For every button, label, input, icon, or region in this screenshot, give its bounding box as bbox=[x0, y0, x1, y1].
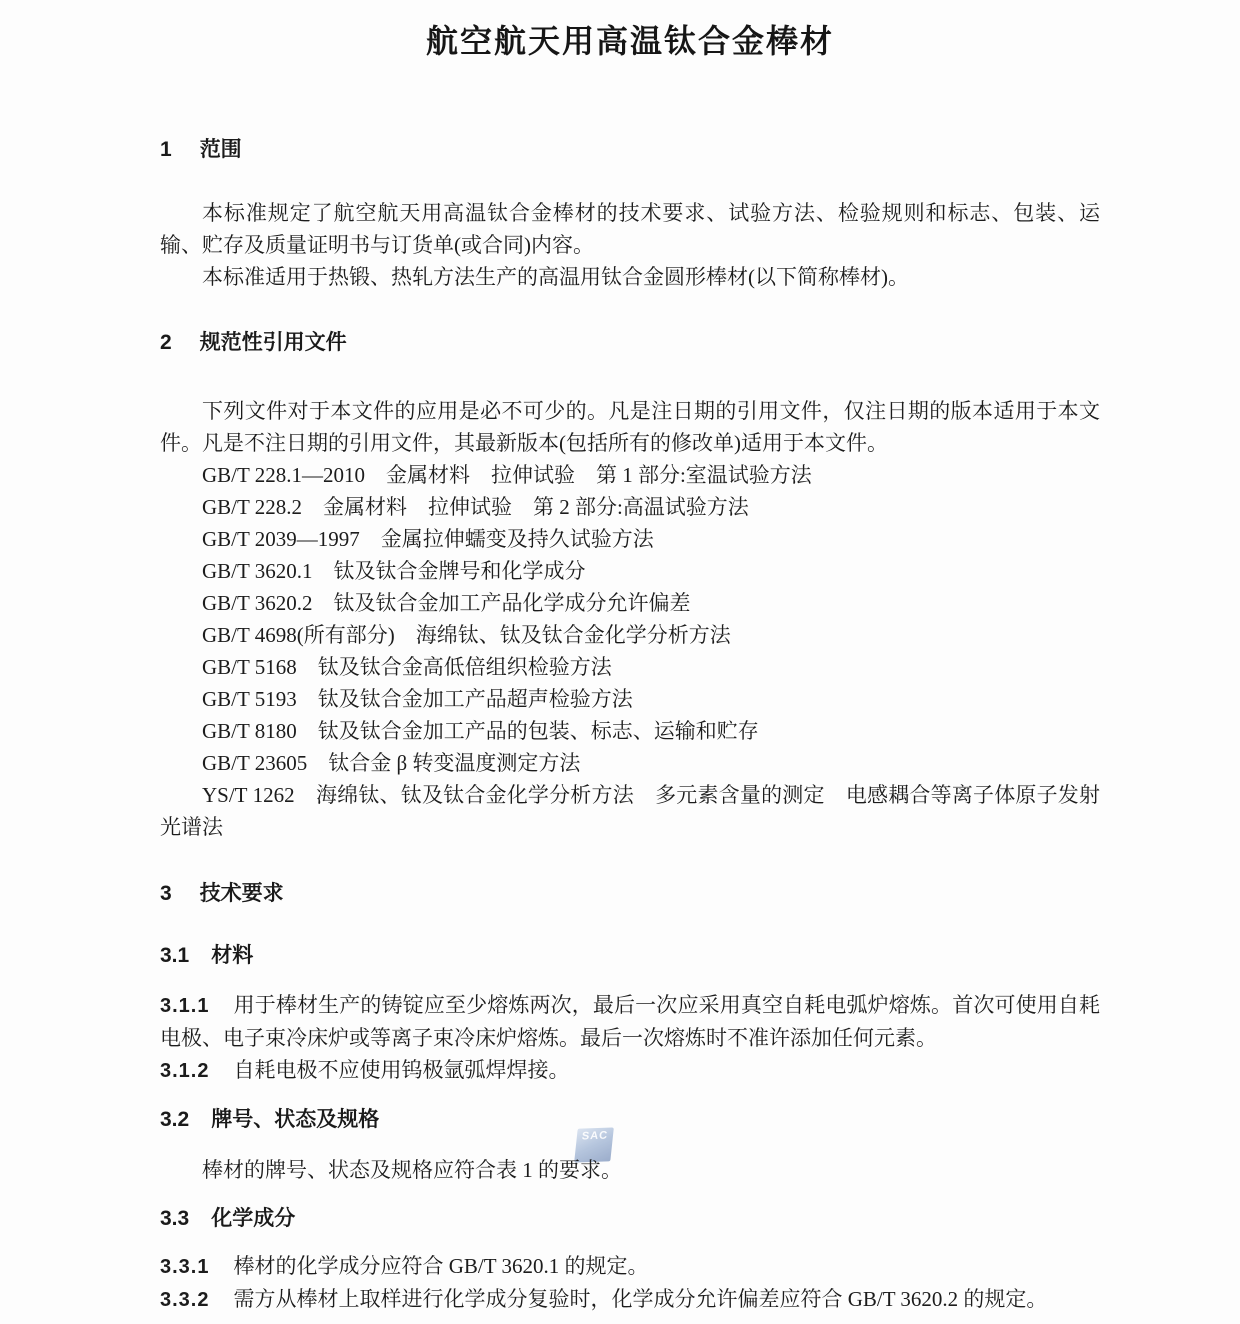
section-3-3-heading: 3.3化学成分 bbox=[160, 1204, 1100, 1234]
section-3-2-number: 3.2 bbox=[160, 1108, 189, 1131]
clause-3-1-2-text: 自耗电极不应使用钨极氩弧焊焊接。 bbox=[233, 1058, 569, 1082]
grade-spec-paragraph: 棒材的牌号、状态及规格应符合表 1 的要求。 bbox=[160, 1154, 1100, 1186]
document-title: 航空航天用高温钛合金棒材 bbox=[160, 22, 1100, 60]
clause-3-3-1-number: 3.3.1 bbox=[160, 1256, 209, 1278]
section-3-1-number: 3.1 bbox=[160, 944, 189, 967]
clause-3-1-1-text: 用于棒材生产的铸锭应至少熔炼两次，最后一次应采用真空自耗电弧炉熔炼。首次可使用自… bbox=[160, 993, 1100, 1050]
section-3-3-number: 3.3 bbox=[160, 1207, 189, 1230]
clause-3-1-2-number: 3.1.2 bbox=[160, 1060, 209, 1082]
clause-3-1-1-number: 3.1.1 bbox=[160, 995, 209, 1017]
scope-paragraph-2: 本标准适用于热锻、热轧方法生产的高温用钛合金圆形棒材(以下简称棒材)。 bbox=[160, 261, 1100, 293]
scope-paragraph-1: 本标准规定了航空航天用高温钛合金棒材的技术要求、试验方法、检验规则和标志、包装、… bbox=[160, 197, 1100, 261]
section-1-number: 1 bbox=[160, 138, 172, 161]
clause-3-1-2: 3.1.2自耗电极不应使用钨极氩弧焊焊接。 bbox=[160, 1054, 1100, 1087]
reference-item: GB/T 2039—1997 金属拉伸蠕变及持久试验方法 bbox=[160, 523, 1100, 555]
section-2-heading: 2规范性引用文件 bbox=[160, 328, 1100, 358]
section-1-heading: 1范围 bbox=[160, 135, 1100, 165]
section-3-1-heading: 3.1材料 bbox=[160, 941, 1100, 971]
section-3-heading: 3技术要求 bbox=[160, 879, 1100, 909]
reference-item: GB/T 5168 钛及钛合金高低倍组织检验方法 bbox=[160, 651, 1100, 683]
clause-3-3-2-number: 3.3.2 bbox=[160, 1289, 209, 1311]
reference-item: GB/T 228.2 金属材料 拉伸试验 第 2 部分:高温试验方法 bbox=[160, 491, 1100, 523]
section-2-title: 规范性引用文件 bbox=[200, 331, 347, 354]
section-3-2-heading: 3.2牌号、状态及规格 bbox=[160, 1105, 1100, 1135]
reference-item: GB/T 3620.2 钛及钛合金加工产品化学成分允许偏差 bbox=[160, 587, 1100, 619]
reference-item: GB/T 4698(所有部分) 海绵钛、钛及钛合金化学分析方法 bbox=[160, 619, 1100, 651]
section-3-1-title: 材料 bbox=[211, 944, 253, 967]
clause-3-3-2: 3.3.2需方从棒材上取样进行化学成分复验时，化学成分允许偏差应符合 GB/T … bbox=[160, 1283, 1100, 1316]
section-1-title: 范围 bbox=[200, 138, 242, 161]
section-3-2-title: 牌号、状态及规格 bbox=[211, 1108, 379, 1131]
reference-item: GB/T 23605 钛合金 β 转变温度测定方法 bbox=[160, 747, 1100, 779]
reference-item: GB/T 3620.1 钛及钛合金牌号和化学成分 bbox=[160, 555, 1100, 587]
document-page: 航空航天用高温钛合金棒材 1范围 本标准规定了航空航天用高温钛合金棒材的技术要求… bbox=[0, 0, 1240, 1316]
clause-3-3-2-text: 需方从棒材上取样进行化学成分复验时，化学成分允许偏差应符合 GB/T 3620.… bbox=[233, 1287, 1047, 1311]
section-3-title: 技术要求 bbox=[200, 882, 284, 905]
section-3-3-title: 化学成分 bbox=[211, 1207, 295, 1230]
section-3-number: 3 bbox=[160, 882, 172, 905]
reference-item: GB/T 5193 钛及钛合金加工产品超声检验方法 bbox=[160, 683, 1100, 715]
clause-3-1-1: 3.1.1用于棒材生产的铸锭应至少熔炼两次，最后一次应采用真空自耗电弧炉熔炼。首… bbox=[160, 989, 1100, 1054]
clause-3-3-1-text: 棒材的化学成分应符合 GB/T 3620.1 的规定。 bbox=[233, 1254, 648, 1278]
reference-item: YS/T 1262 海绵钛、钛及钛合金化学分析方法 多元素含量的测定 电感耦合等… bbox=[160, 779, 1100, 843]
reference-item: GB/T 8180 钛及钛合金加工产品的包装、标志、运输和贮存 bbox=[160, 715, 1100, 747]
section-2-number: 2 bbox=[160, 331, 172, 354]
reference-item: GB/T 228.1—2010 金属材料 拉伸试验 第 1 部分:室温试验方法 bbox=[160, 459, 1100, 491]
clause-3-3-1: 3.3.1棒材的化学成分应符合 GB/T 3620.1 的规定。 bbox=[160, 1250, 1100, 1283]
references-intro-paragraph: 下列文件对于本文件的应用是必不可少的。凡是注日期的引用文件，仅注日期的版本适用于… bbox=[160, 395, 1100, 459]
